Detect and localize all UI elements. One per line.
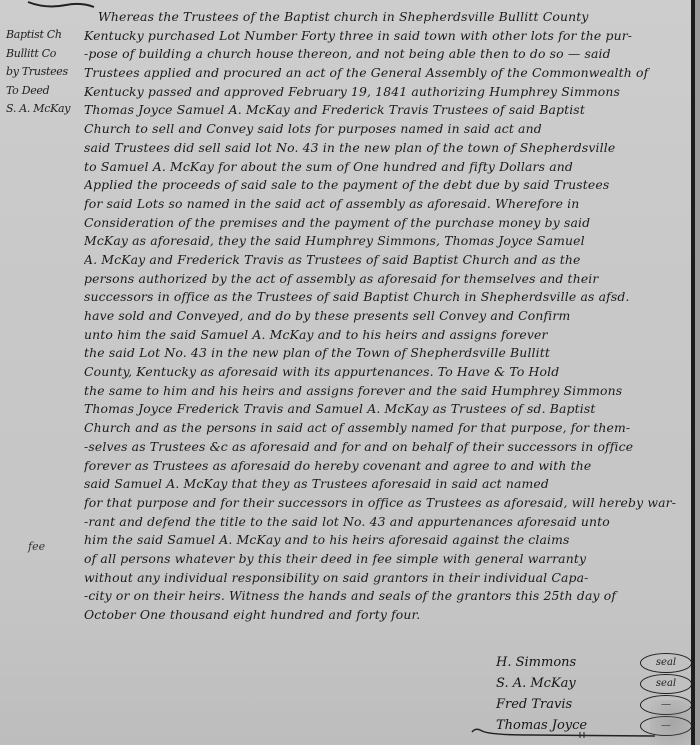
deed-body-text: Whereas the Trustees of the Baptist chur… — [84, 8, 684, 625]
margin-note-line: Baptist Ch — [6, 26, 76, 45]
text-line: him the said Samuel A. McKay and to his … — [84, 531, 684, 550]
text-line: October One thousand eight hundred and f… — [84, 606, 684, 625]
margin-note-line: To Deed — [6, 82, 76, 101]
page-smudge — [650, 700, 695, 745]
text-line: -city or on their heirs. Witness the han… — [84, 587, 684, 606]
page-edge — [695, 0, 700, 745]
text-line: said Trustees did sell said lot No. 43 i… — [84, 139, 684, 158]
text-line: the same to him and his heirs and assign… — [84, 382, 684, 401]
text-line: unto him the said Samuel A. McKay and to… — [84, 326, 684, 345]
text-line: to Samuel A. McKay for about the sum of … — [84, 158, 684, 177]
text-line: have sold and Conveyed, and do by these … — [84, 307, 684, 326]
text-line: Church and as the persons in said act of… — [84, 419, 684, 438]
text-line: for that purpose and for their successor… — [84, 494, 684, 513]
text-line: Thomas Joyce Frederick Travis and Samuel… — [84, 400, 684, 419]
text-line: without any individual responsibility on… — [84, 569, 684, 588]
margin-note-line: by Trustees — [6, 63, 76, 82]
margin-note: Baptist Ch Bullitt Co by Trustees To Dee… — [6, 26, 76, 119]
signature-row: S. A. McKay seal — [496, 673, 696, 694]
seal-mark-icon: seal — [640, 674, 692, 694]
margin-note-line: S. A. McKay — [6, 100, 76, 119]
text-line: Church to sell and Convey said lots for … — [84, 120, 684, 139]
text-line: -rant and defend the title to the said l… — [84, 513, 684, 532]
text-line: Kentucky passed and approved February 19… — [84, 83, 684, 102]
margin-fee-note: fee — [28, 540, 45, 553]
text-line: persons authorized by the act of assembl… — [84, 270, 684, 289]
text-line: Consideration of the premises and the pa… — [84, 214, 684, 233]
text-line: A. McKay and Frederick Travis as Trustee… — [84, 251, 684, 270]
text-line: County, Kentucky as aforesaid with its a… — [84, 363, 684, 382]
text-line: McKay as aforesaid, they the said Humphr… — [84, 232, 684, 251]
margin-note-line: Bullitt Co — [6, 45, 76, 64]
text-line: Kentucky purchased Lot Number Forty thre… — [84, 27, 684, 46]
signature-name: Fred Travis — [496, 694, 641, 715]
text-line: forever as Trustees as aforesaid do here… — [84, 457, 684, 476]
signature-name: S. A. McKay — [496, 673, 641, 694]
text-line: successors in office as the Trustees of … — [84, 288, 684, 307]
seal-mark-icon: seal — [640, 653, 692, 673]
text-line: Thomas Joyce Samuel A. McKay and Frederi… — [84, 101, 684, 120]
text-line: Applied the proceeds of said sale to the… — [84, 176, 684, 195]
text-line: -selves as Trustees &c as aforesaid and … — [84, 438, 684, 457]
text-line: -pose of building a church house thereon… — [84, 45, 684, 64]
text-line: said Samuel A. McKay that they as Truste… — [84, 475, 684, 494]
text-line: the said Lot No. 43 in the new plan of t… — [84, 344, 684, 363]
text-line: Whereas the Trustees of the Baptist chur… — [84, 8, 684, 27]
signature-name: H. Simmons — [496, 652, 641, 673]
deed-page: Baptist Ch Bullitt Co by Trustees To Dee… — [0, 0, 700, 745]
text-line: Trustees applied and procured an act of … — [84, 64, 684, 83]
signature-flourish-line — [470, 726, 670, 738]
signature-row: H. Simmons seal — [496, 652, 696, 673]
text-line: of all persons whatever by this their de… — [84, 550, 684, 569]
text-line: for said Lots so named in the said act o… — [84, 195, 684, 214]
